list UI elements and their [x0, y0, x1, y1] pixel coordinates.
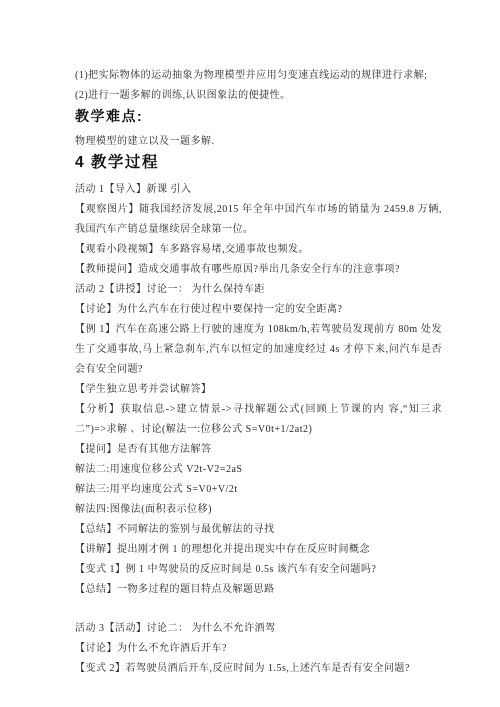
- method-4-line: 解法四:图像法(面积表示位移): [75, 500, 442, 520]
- discussion-2-line: 【讨论】为什么不允许酒后开车?: [75, 639, 442, 659]
- summary-1-line: 【总结】不同解法的鉴别与最优解法的寻找: [75, 520, 442, 540]
- activity-1-title: 活动 1【导入】新课 引入: [75, 180, 442, 200]
- student-try-line: 【学生独立思考并尝试解答】: [75, 380, 442, 400]
- method-3-line: 解法三:用平均速度公式 S=V0+V/2t: [75, 480, 442, 500]
- objective-line-1: (1)把实际物体的运动抽象为物理模型并应用匀变速直线运动的规律进行求解;: [75, 66, 442, 86]
- variant-2-line: 【变式 2】若驾驶员酒后开车,反应时间为 1.5s,上述汽车是否有安全问题?: [75, 659, 442, 679]
- objective-line-2: (2)进行一题多解的训练,认识图象法的便捷性。: [75, 86, 442, 106]
- section-gap: [75, 600, 442, 619]
- activity-3-title: 活动 3【活动】讨论二： 为什么不允许酒驾: [75, 619, 442, 639]
- document-page: (1)把实际物体的运动抽象为物理模型并应用匀变速直线运动的规律进行求解;(2)进…: [0, 0, 500, 707]
- ask-other-methods-line: 【提问】是否有其他方法解答: [75, 440, 442, 460]
- example-1-line: 【例 1】汽车在高速公路上行驶的速度为 108km/h,若驾驶员发现前方 80m…: [75, 320, 442, 380]
- teaching-difficulty-heading: 教学难点:: [75, 108, 442, 124]
- explain-line: 【讲解】提出刚才例 1 的理想化并提出现实中存在反应时间概念: [75, 540, 442, 560]
- teaching-process-heading: 4 教学过程: [75, 154, 442, 172]
- teacher-question-line: 【教师提问】造成交通事故有哪些原因?举出几条安全行车的注意事项?: [75, 260, 442, 280]
- variant-1-line: 【变式 1】例 1 中驾驶员的反应时间是 0.5s 该汽车有安全问题吗?: [75, 560, 442, 580]
- summary-2-line: 【总结】一物多过程的题目特点及解题思路: [75, 580, 442, 600]
- teaching-difficulty-body: 物理模型的建立以及一题多解.: [75, 132, 442, 152]
- watch-video-line: 【观看小段视频】车多路容易堵,交通事故也频发。: [75, 240, 442, 260]
- analysis-line: 【分析】获取信息->建立情景->寻找解题公式(回顾上节课的内 容,“知三求二”)…: [75, 400, 442, 440]
- observe-picture-line: 【观察图片】随我国经济发展,2015 年全年中国汽车市场的销量为 2459.8 …: [75, 200, 442, 240]
- method-2-line: 解法二:用速度位移公式 V2t-V2=2aS: [75, 460, 442, 480]
- discussion-1-line: 【讨论】为什么汽车在行使过程中要保持一定的安全距离?: [75, 300, 442, 320]
- activity-2-title: 活动 2【讲授】讨论一： 为什么保持车距: [75, 280, 442, 300]
